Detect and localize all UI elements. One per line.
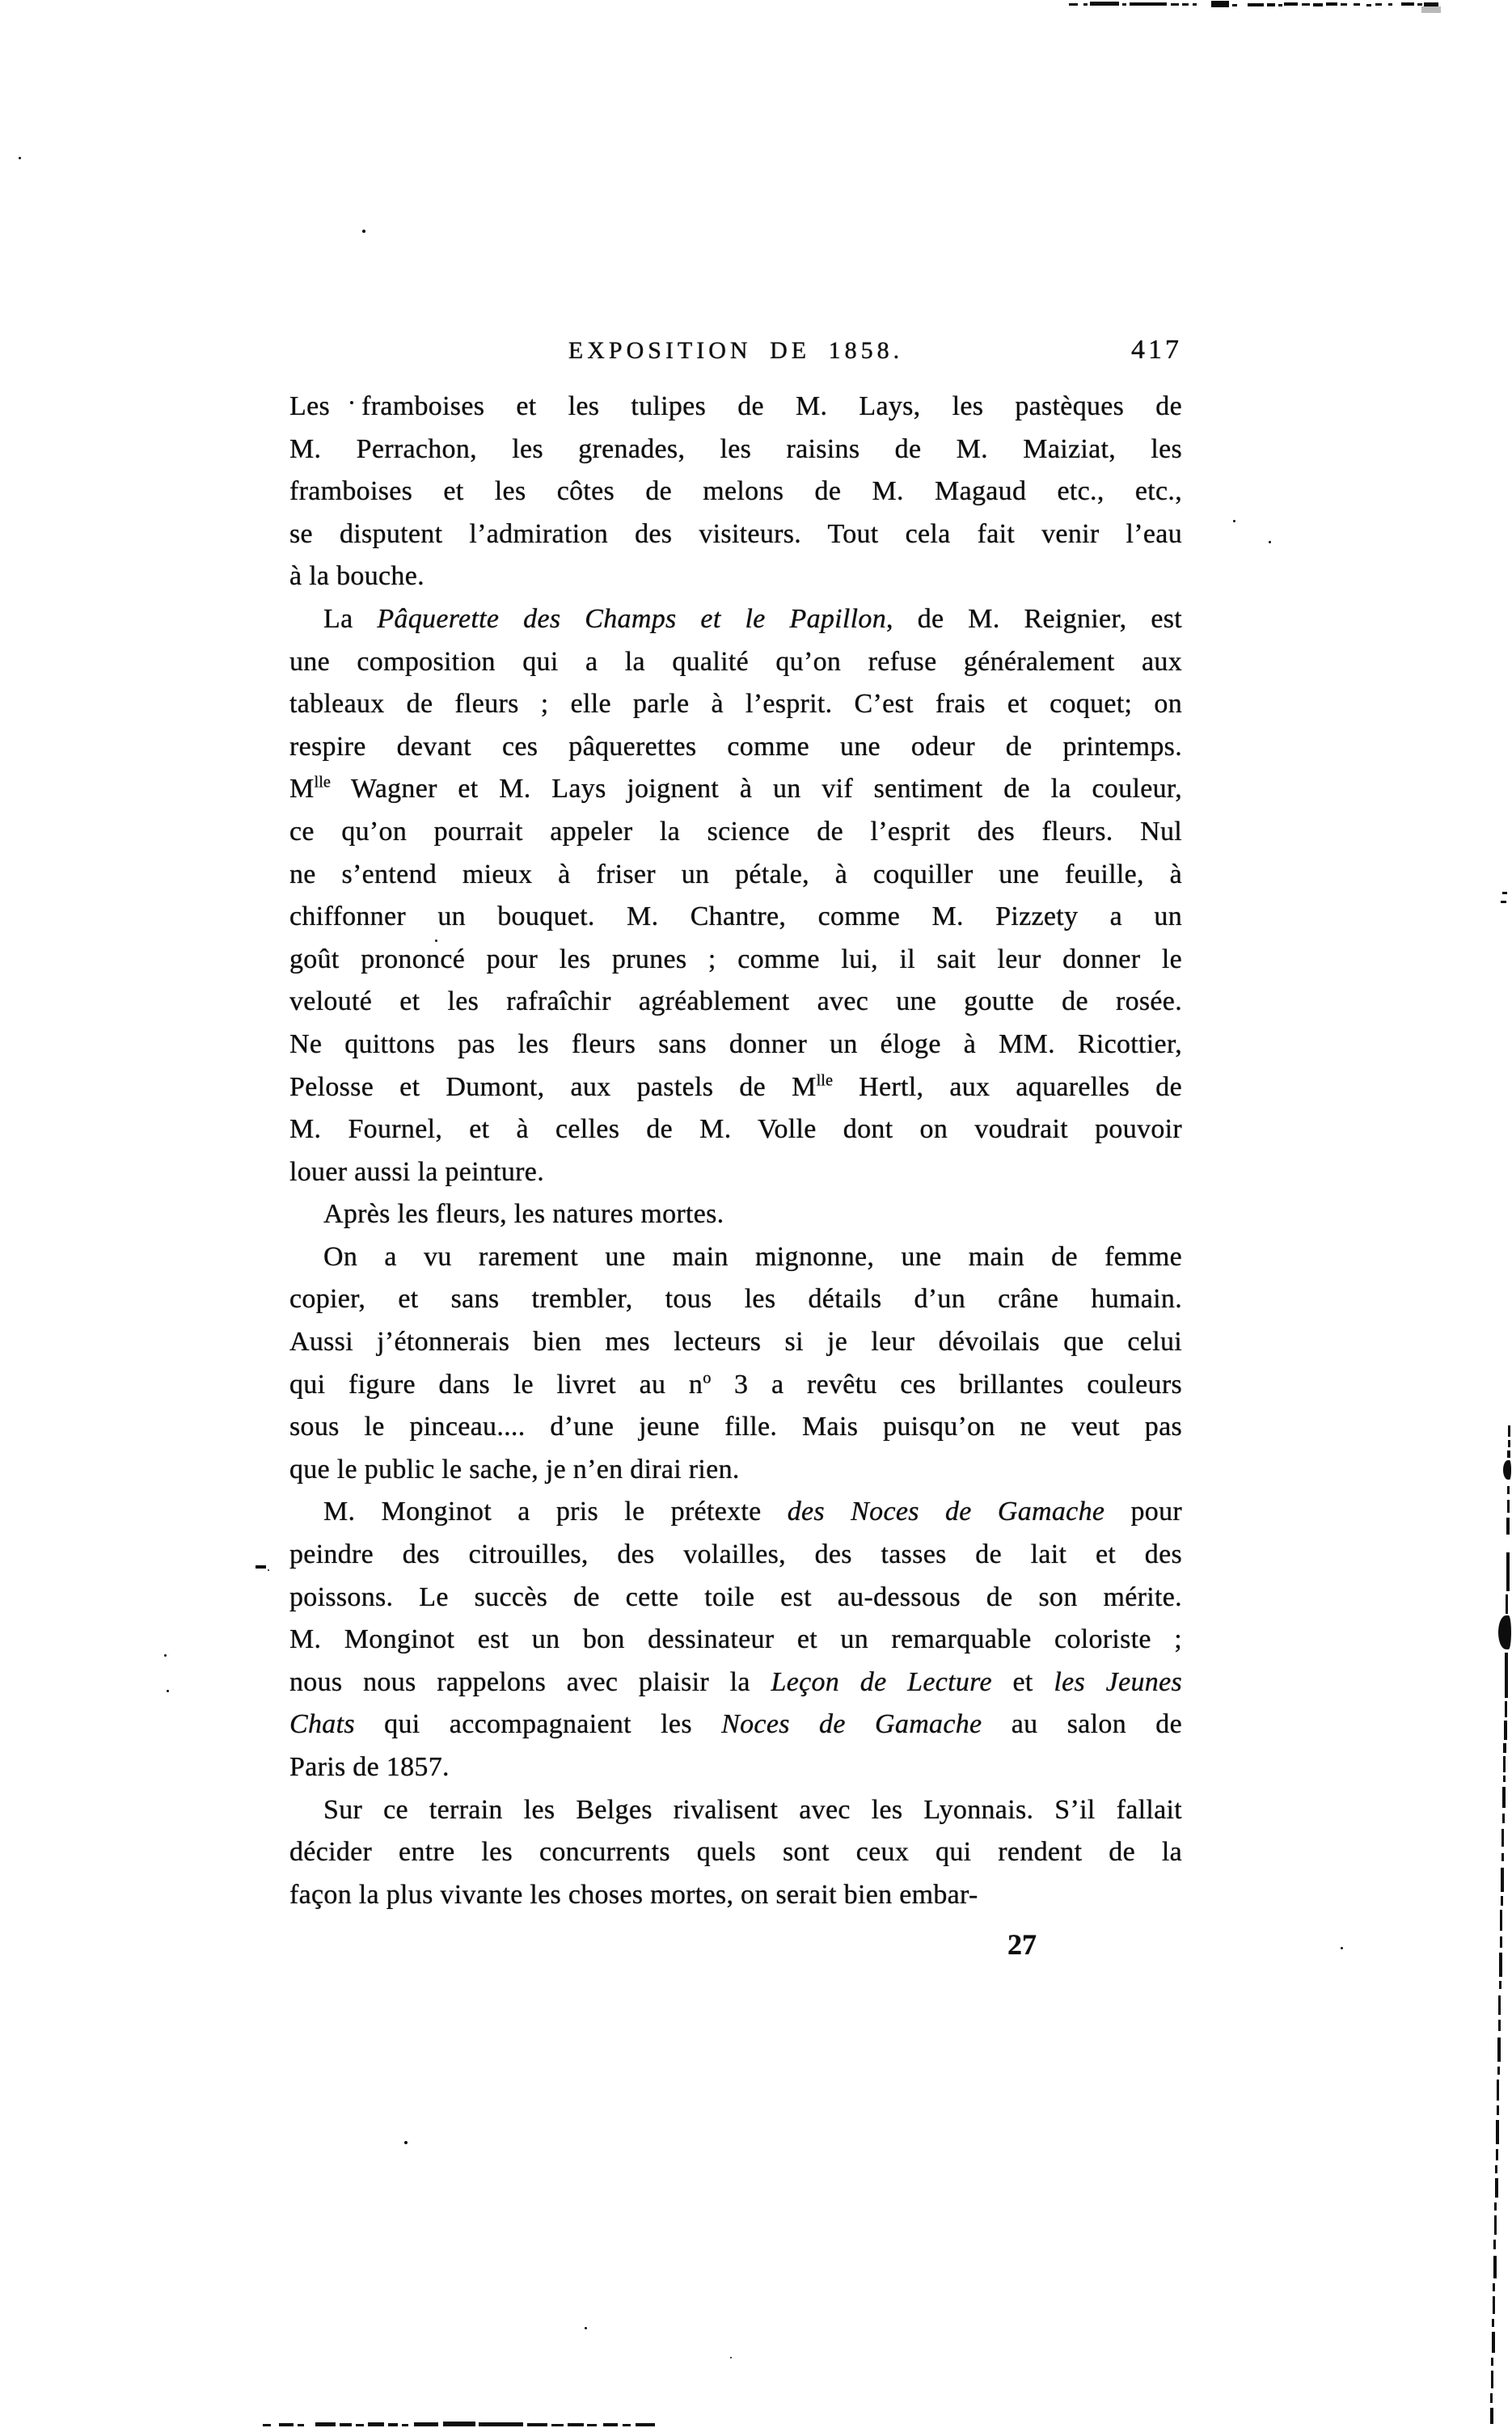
text-line: framboises et les côtes de melons de M. … [289,471,1182,513]
body-text: velouté et les rafraîchir agréablement a… [289,986,1182,1016]
scan-artifact-mark [1193,3,1197,6]
body-text: Pelosse et Dumont, aux pastels de M [289,1072,817,1102]
scan-artifact-mark [1501,1868,1504,1892]
scan-artifact-mark [1497,2105,1499,2115]
scan-artifact-mark [388,2423,398,2426]
text-line: que le public le sache, je n’en dirai ri… [289,1449,1182,1492]
text-line: Les framboises et les tulipes de M. Lays… [289,386,1182,429]
scan-artifact-mark [1491,2358,1493,2366]
scan-artifact-mark [1083,3,1088,6]
scan-artifact-mark [1326,2,1337,6]
scan-artifact-mark [1313,3,1323,6]
scan-artifact-mark [636,2423,655,2426]
scan-artifact-mark [298,2424,304,2426]
scan-artifact-mark [1499,1953,1502,1977]
scan-artifact-mark [1492,2319,1494,2327]
body-text: que le public le sache, je n’en dirai ri… [289,1455,740,1484]
body-text: qui figure dans le livret au n [289,1370,703,1400]
page-number: 417 [903,335,1182,365]
scan-speck [404,2141,408,2144]
scan-artifact-mark [479,2422,523,2426]
scan-artifact-mark [1506,1552,1510,1591]
body-text: M. Monginot est un bon dessinateur et un… [289,1624,1182,1654]
body-text: une composition qui a la qualité qu’on r… [289,647,1182,677]
body-text: copier, et sans trembler, tous les détai… [289,1284,1182,1314]
body-text: framboises et les côtes de melons de M. … [289,476,1182,506]
body-text: tableaux de fleurs ; elle parle à l’espr… [289,689,1182,719]
body-text: chiffonner un bouquet. M. Chantre, comme… [289,902,1182,931]
text-line: peindre des citrouilles, des volailles, … [289,1534,1182,1577]
body-text: Sur ce terrain les Belges rivalisent ave… [323,1795,1182,1825]
scan-artifact-mark [1503,1460,1511,1480]
body-text: poissons. Le succès de cette toile est a… [289,1582,1182,1612]
scan-artifact-mark [1501,1853,1504,1861]
body-text: respire devant ces pâquerettes comme une… [289,732,1182,762]
scan-speck [1233,520,1235,522]
scan-speck [19,157,21,159]
scan-speck [164,1654,167,1657]
text-line: M. Monginot est un bon dessinateur et un… [289,1619,1182,1662]
scan-artifact-mark [1284,2,1298,6]
superscript-text: lle [817,1071,833,1089]
scan-artifact-mark [1495,2165,1497,2173]
body-text: Ne quittons pas les fleurs sans donner u… [289,1029,1182,1059]
body-text: La [323,604,377,634]
text-line: qui figure dans le livret au no 3 a revê… [289,1364,1182,1407]
scan-speck [435,940,437,942]
scan-artifact-mark [356,2424,364,2426]
scan-artifact-mark [1492,2332,1495,2353]
body-text: pour [1104,1497,1182,1526]
scan-artifact-mark [623,2424,631,2426]
text-block: Les framboises et les tulipes de M. Lays… [289,386,1182,1916]
text-line: chiffonner un bouquet. M. Chantre, comme… [289,896,1182,939]
text-line: ce qu’on pourrait appeler la science de … [289,811,1182,854]
italic-text: les Jeunes [1054,1667,1182,1697]
running-title: EXPOSITION DE 1858. [568,337,903,365]
text-line: On a vu rarement une main mignonne, une … [289,1236,1182,1279]
body-text: Les framboises et les tulipes de M. Lays… [289,391,1182,421]
superscript-text: lle [315,774,331,792]
body-text: 3 a revêtu ces brillantes couleurs [711,1370,1182,1400]
scan-artifact-mark [1421,6,1441,13]
body-text: à la bouche. [289,561,424,591]
body-text: qui accompagnaient les [355,1709,721,1739]
scan-artifact-mark [1388,3,1392,6]
scan-artifact-mark [1497,2067,1500,2075]
scan-artifact-mark [1502,892,1507,894]
body-text: au salon de [982,1709,1182,1739]
scan-artifact-mark [1500,1936,1502,1948]
scan-artifact-mark [1493,2283,1495,2291]
body-text: louer aussi la peinture. [289,1157,544,1187]
scan-artifact-mark [1375,3,1382,6]
scan-artifact-mark [1503,1743,1506,1753]
scanned-book-page: EXPOSITION DE 1858. 417 Les framboises e… [0,0,1512,2428]
body-text: Après les fleurs, les natures mortes. [323,1199,724,1229]
scan-artifact-mark [1497,2037,1501,2062]
scan-artifact-mark [1490,2408,1493,2424]
text-line: Sur ce terrain les Belges rivalisent ave… [289,1789,1182,1832]
text-line: poissons. Le succès de cette toile est a… [289,1577,1182,1619]
scan-speck [167,1690,169,1692]
scan-artifact-mark [1497,2080,1499,2101]
text-line: La Pâquerette des Champs et le Papillon,… [289,598,1182,641]
body-text: décider entre les concurrents quels sont… [289,1837,1182,1867]
scan-artifact-mark [1508,1425,1510,1437]
scan-speck [362,230,365,233]
text-line: à la bouche. [289,555,1182,598]
scan-artifact-mark [263,2424,271,2426]
scan-artifact-mark [603,2423,618,2426]
scan-artifact-mark [1494,2202,1497,2211]
scan-artifact-mark [1503,1776,1506,1782]
body-text: nous nous rappelons avec plaisir la [289,1667,771,1697]
scan-artifact-mark [1499,1981,1501,1989]
text-line: louer aussi la peinture. [289,1151,1182,1194]
scan-artifact-mark [1496,2120,1499,2144]
scan-artifact-mark [1505,1653,1508,1698]
scan-artifact-mark [1490,2393,1493,2403]
scan-artifact-mark [1211,1,1229,7]
text-line: se disputent l’admiration des visiteurs.… [289,513,1182,556]
body-text: M. Perrachon, les grenades, les raisins … [289,434,1182,464]
scan-artifact-mark [1267,3,1275,6]
scan-artifact-mark [1493,2240,1496,2249]
body-text: et [992,1667,1054,1697]
scan-artifact-mark [1278,4,1282,6]
text-line: copier, et sans trembler, tous les détai… [289,1278,1182,1321]
page-header: EXPOSITION DE 1858. 417 [289,335,1182,365]
scan-artifact-mark [1504,1721,1507,1740]
body-text: se disputent l’admiration des visiteurs.… [289,519,1182,549]
scan-artifact-mark [587,2424,597,2426]
scan-speck [585,2327,587,2329]
scan-artifact-mark [1501,901,1506,903]
scan-artifact-mark [1507,1486,1510,1494]
scan-artifact-mark [1501,1829,1504,1847]
text-line: goût prononcé pour les prunes ; comme lu… [289,939,1182,982]
scan-artifact-mark [443,2422,475,2426]
scan-speck [1341,1947,1343,1949]
scan-artifact-mark [1500,1910,1502,1931]
scan-artifact-mark [1491,2371,1493,2388]
scan-artifact-mark [1130,2,1167,6]
scan-artifact-mark [402,2424,408,2426]
scan-artifact-mark [414,2422,438,2426]
text-line: Mlle Wagner et M. Lays joignent à un vif… [289,768,1182,811]
body-text: Hertl, aux aquarelles de [833,1072,1182,1102]
scan-artifact-mark [1171,3,1179,6]
scan-artifact-mark [1495,2178,1498,2198]
text-line: une composition qui a la qualité qu’on r… [289,641,1182,684]
body-text: goût prononcé pour les prunes ; comme lu… [289,944,1182,974]
scan-artifact-mark [1505,1701,1507,1717]
scan-artifact-mark [256,1565,266,1569]
scan-speck [1269,541,1271,543]
text-line: Après les fleurs, les natures mortes. [289,1193,1182,1236]
scan-artifact-mark [1508,1440,1510,1447]
text-line: M. Perrachon, les grenades, les raisins … [289,429,1182,471]
body-text: M. Monginot a pris le prétexte [323,1497,788,1526]
body-text: sous le pinceau.... d’une jeune fille. M… [289,1412,1182,1442]
signature-mark: 27 [1007,1928,1037,1961]
scan-artifact-mark [279,2423,294,2426]
body-text: M. Fournel, et à celles de M. Volle dont… [289,1114,1182,1144]
scan-artifact-mark [527,2423,547,2426]
scan-artifact-mark [1502,1814,1505,1823]
scan-artifact-mark [551,2424,564,2426]
scan-artifact-mark [1498,1995,1501,2015]
text-line: décider entre les concurrents quels sont… [289,1831,1182,1874]
scan-artifact-mark [1506,1594,1508,1614]
scan-artifact-mark [1354,3,1360,6]
scan-artifact-mark [1122,3,1126,6]
body-text: On a vu rarement une main mignonne, une … [323,1242,1182,1272]
text-line: M. Fournel, et à celles de M. Volle dont… [289,1108,1182,1151]
scan-artifact-mark [1506,1518,1510,1535]
scan-artifact-mark [1182,3,1189,6]
scan-artifact-mark [1341,3,1347,6]
body-text: Paris de 1857. [289,1752,450,1782]
scan-artifact-mark [315,2422,336,2426]
scan-artifact-mark [1496,2149,1498,2160]
scan-artifact-mark [1503,1756,1506,1772]
scan-artifact-mark [1090,2,1119,6]
scan-artifact-mark [1417,3,1422,6]
superscript-text: o [703,1369,711,1387]
text-line: ne s’entend mieux à friser un pétale, à … [289,854,1182,897]
text-line: Aussi j’étonnerais bien mes lecteurs si … [289,1321,1182,1364]
scan-artifact-mark [1232,4,1237,6]
italic-text: Chats [289,1709,355,1739]
scan-artifact-mark [1069,3,1078,6]
italic-text: Leçon de Lecture [771,1667,992,1697]
body-text: façon la plus vivante les choses mortes,… [289,1880,978,1910]
body-text: peindre des citrouilles, des volailles, … [289,1539,1182,1569]
scan-artifact-mark [1498,1615,1511,1649]
scan-artifact-mark [1302,3,1310,6]
text-line: M. Monginot a pris le prétexte des Noces… [289,1491,1182,1534]
scan-artifact-mark [1498,2020,1501,2031]
scan-artifact-mark [1401,2,1414,6]
scan-speck [350,401,353,404]
scan-artifact-mark [1507,1450,1510,1458]
scan-artifact-mark [568,2423,584,2426]
body-text: Aussi j’étonnerais bien mes lecteurs si … [289,1327,1182,1357]
scan-artifact-mark [1494,2215,1497,2235]
body-text: Wagner et M. Lays joignent à un vif sent… [331,774,1182,804]
italic-text: des Noces de Gamache [788,1497,1105,1526]
scan-artifact-mark [1502,1787,1506,1808]
text-line: sous le pinceau.... d’une jeune fille. M… [289,1406,1182,1449]
scan-artifact-mark [1493,2296,1495,2314]
text-line: Ne quittons pas les fleurs sans donner u… [289,1024,1182,1066]
text-line: Pelosse et Dumont, aux pastels de Mlle H… [289,1066,1182,1109]
scan-speck [268,1569,269,1571]
body-text: , de M. Reignier, est [886,604,1182,634]
text-line: velouté et les rafraîchir agréablement a… [289,981,1182,1024]
text-line: Paris de 1857. [289,1746,1182,1789]
body-text: M [289,774,315,804]
scan-artifact-mark [1493,2256,1497,2278]
text-line: respire devant ces pâquerettes comme une… [289,726,1182,769]
italic-text: Noces de Gamache [721,1709,982,1739]
body-text: ne s’entend mieux à friser un pétale, à … [289,859,1182,889]
scan-artifact-mark [368,2422,384,2426]
text-line: nous nous rappelons avec plaisir la Leço… [289,1662,1182,1704]
scan-artifact-mark [1507,1500,1510,1513]
body-text: ce qu’on pourrait appeler la science de … [289,817,1182,847]
text-line: tableaux de fleurs ; elle parle à l’espr… [289,683,1182,726]
scan-artifact-mark [1366,4,1371,6]
scan-artifact-mark [1501,1896,1503,1906]
text-line: façon la plus vivante les choses mortes,… [289,1874,1182,1917]
scan-artifact-mark [1248,3,1264,6]
italic-text: Pâquerette des Champs et le Papillon [377,604,886,634]
scan-speck [730,2357,732,2358]
scan-artifact-mark [340,2423,352,2426]
text-line: Chats qui accompagnaient les Noces de Ga… [289,1704,1182,1746]
